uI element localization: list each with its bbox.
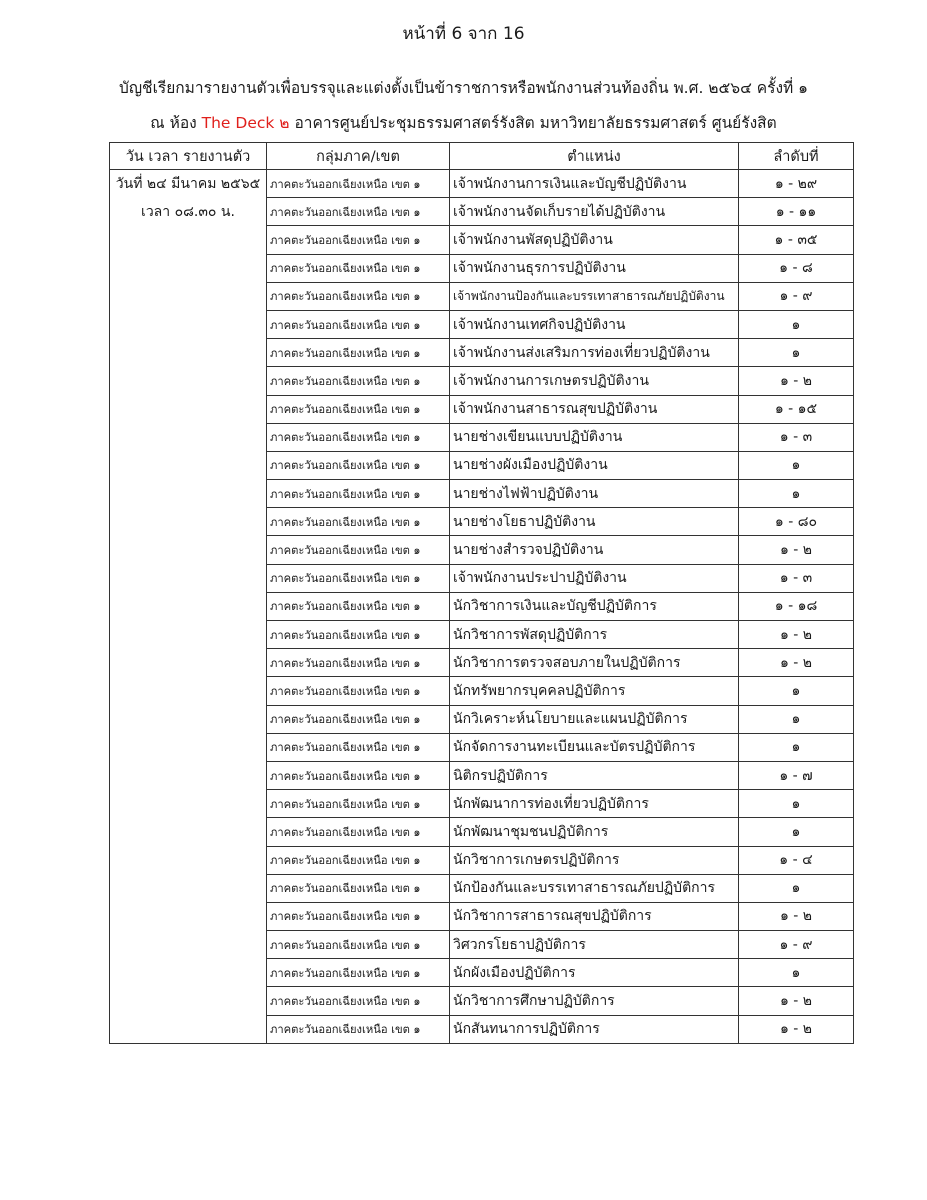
region-cell: ภาคตะวันออกเฉียงเหนือ เขต ๑ [267,931,450,959]
rank-cell: ๑ [739,874,854,902]
position-cell: นายช่างไฟฟ้าปฏิบัติงาน [450,480,739,508]
position-cell: นักทรัพยากรบุคคลปฏิบัติการ [450,677,739,705]
region-cell: ภาคตะวันออกเฉียงเหนือ เขต ๑ [267,254,450,282]
rank-cell: ๑ [739,310,854,338]
position-cell: เจ้าพนักงานการเกษตรปฏิบัติงาน [450,367,739,395]
region-cell: ภาคตะวันออกเฉียงเหนือ เขต ๑ [267,959,450,987]
region-cell: ภาคตะวันออกเฉียงเหนือ เขต ๑ [267,592,450,620]
rank-cell: ๑ - ๒ [739,1015,854,1043]
header-position: ตำแหน่ง [450,143,739,170]
region-cell: ภาคตะวันออกเฉียงเหนือ เขต ๑ [267,761,450,789]
position-cell: นักวิชาการเงินและบัญชีปฏิบัติการ [450,592,739,620]
position-cell: นักวิชาการเกษตรปฏิบัติการ [450,846,739,874]
region-cell: ภาคตะวันออกเฉียงเหนือ เขต ๑ [267,310,450,338]
region-cell: ภาคตะวันออกเฉียงเหนือ เขต ๑ [267,621,450,649]
venue-line: ณ ห้อง The Deck ๒ อาคารศูนย์ประชุมธรรมศา… [0,110,927,135]
position-cell: นักพัฒนาชุมชนปฏิบัติการ [450,818,739,846]
region-cell: ภาคตะวันออกเฉียงเหนือ เขต ๑ [267,902,450,930]
page-indicator: หน้าที่ 6 จาก 16 [0,20,927,47]
rank-cell: ๑ - ๓ [739,423,854,451]
rank-cell: ๑ [739,705,854,733]
position-cell: เจ้าพนักงานเทศกิจปฏิบัติงาน [450,310,739,338]
region-cell: ภาคตะวันออกเฉียงเหนือ เขต ๑ [267,677,450,705]
position-cell: เจ้าพนักงานธุรการปฏิบัติงาน [450,254,739,282]
position-cell: เจ้าพนักงานพัสดุปฏิบัติงาน [450,226,739,254]
region-cell: ภาคตะวันออกเฉียงเหนือ เขต ๑ [267,282,450,310]
report-date: วันที่ ๒๔ มีนาคม ๒๕๖๕ [110,170,266,198]
region-cell: ภาคตะวันออกเฉียงเหนือ เขต ๑ [267,367,450,395]
region-cell: ภาคตะวันออกเฉียงเหนือ เขต ๑ [267,339,450,367]
document-title: บัญชีเรียกมารายงานตัวเพื่อบรรจุและแต่งตั… [0,75,927,100]
rank-cell: ๑ [739,451,854,479]
rank-cell: ๑ - ๘๐ [739,508,854,536]
rank-cell: ๑ - ๒ [739,902,854,930]
rank-cell: ๑ - ๑๘ [739,592,854,620]
region-cell: ภาคตะวันออกเฉียงเหนือ เขต ๑ [267,790,450,818]
position-cell: นักพัฒนาการท่องเที่ยวปฏิบัติการ [450,790,739,818]
position-cell: นักจัดการงานทะเบียนและบัตรปฏิบัติการ [450,733,739,761]
position-cell: นักวิชาการพัสดุปฏิบัติการ [450,621,739,649]
report-time: เวลา ๐๘.๓๐ น. [110,198,266,226]
position-cell: นักสันทนาการปฏิบัติการ [450,1015,739,1043]
position-cell: เจ้าพนักงานส่งเสริมการท่องเที่ยวปฏิบัติง… [450,339,739,367]
rank-cell: ๑ [739,959,854,987]
position-cell: เจ้าพนักงานสาธารณสุขปฏิบัติงาน [450,395,739,423]
position-cell: นักผังเมืองปฏิบัติการ [450,959,739,987]
region-cell: ภาคตะวันออกเฉียงเหนือ เขต ๑ [267,1015,450,1043]
rank-cell: ๑ [739,339,854,367]
rank-cell: ๑ - ๒ [739,649,854,677]
header-region: กลุ่มภาค/เขต [267,143,450,170]
position-cell: นักวิชาการตรวจสอบภายในปฏิบัติการ [450,649,739,677]
position-cell: นักวิชาการสาธารณสุขปฏิบัติการ [450,902,739,930]
region-cell: ภาคตะวันออกเฉียงเหนือ เขต ๑ [267,874,450,902]
schedule-table: วัน เวลา รายงานตัว กลุ่มภาค/เขต ตำแหน่ง … [109,142,854,1044]
position-cell: นายช่างเขียนแบบปฏิบัติงาน [450,423,739,451]
position-cell: นายช่างสำรวจปฏิบัติงาน [450,536,739,564]
rank-cell: ๑ - ๔ [739,846,854,874]
region-cell: ภาคตะวันออกเฉียงเหนือ เขต ๑ [267,564,450,592]
region-cell: ภาคตะวันออกเฉียงเหนือ เขต ๑ [267,198,450,226]
position-cell: เจ้าพนักงานป้องกันและบรรเทาสาธารณภัยปฏิบ… [450,282,739,310]
region-cell: ภาคตะวันออกเฉียงเหนือ เขต ๑ [267,226,450,254]
rank-cell: ๑ - ๒๙ [739,170,854,198]
rank-cell: ๑ - ๙ [739,282,854,310]
region-cell: ภาคตะวันออกเฉียงเหนือ เขต ๑ [267,395,450,423]
region-cell: ภาคตะวันออกเฉียงเหนือ เขต ๑ [267,451,450,479]
table-header-row: วัน เวลา รายงานตัว กลุ่มภาค/เขต ตำแหน่ง … [110,143,854,170]
rank-cell: ๑ [739,790,854,818]
region-cell: ภาคตะวันออกเฉียงเหนือ เขต ๑ [267,536,450,564]
rank-cell: ๑ [739,480,854,508]
position-cell: เจ้าพนักงานจัดเก็บรายได้ปฏิบัติงาน [450,198,739,226]
position-cell: วิศวกรโยธาปฏิบัติการ [450,931,739,959]
position-cell: นายช่างผังเมืองปฏิบัติงาน [450,451,739,479]
region-cell: ภาคตะวันออกเฉียงเหนือ เขต ๑ [267,649,450,677]
region-cell: ภาคตะวันออกเฉียงเหนือ เขต ๑ [267,508,450,536]
region-cell: ภาคตะวันออกเฉียงเหนือ เขต ๑ [267,480,450,508]
region-cell: ภาคตะวันออกเฉียงเหนือ เขต ๑ [267,846,450,874]
position-cell: นักวิชาการศึกษาปฏิบัติการ [450,987,739,1015]
rank-cell: ๑ - ๓ [739,564,854,592]
rank-cell: ๑ - ๘ [739,254,854,282]
position-cell: นายช่างโยธาปฏิบัติงาน [450,508,739,536]
position-cell: นักป้องกันและบรรเทาสาธารณภัยปฏิบัติการ [450,874,739,902]
rank-cell: ๑ - ๙ [739,931,854,959]
venue-prefix: ณ ห้อง [150,114,201,132]
rank-cell: ๑ [739,733,854,761]
rank-cell: ๑ - ๓๕ [739,226,854,254]
rank-cell: ๑ [739,818,854,846]
table-row: วันที่ ๒๔ มีนาคม ๒๕๖๕เวลา ๐๘.๓๐ น.ภาคตะว… [110,170,854,198]
region-cell: ภาคตะวันออกเฉียงเหนือ เขต ๑ [267,705,450,733]
region-cell: ภาคตะวันออกเฉียงเหนือ เขต ๑ [267,733,450,761]
position-cell: นิติกรปฏิบัติการ [450,761,739,789]
rank-cell: ๑ - ๒ [739,987,854,1015]
room-name: The Deck ๒ [202,114,290,132]
region-cell: ภาคตะวันออกเฉียงเหนือ เขต ๑ [267,818,450,846]
position-cell: เจ้าพนักงานประปาปฏิบัติงาน [450,564,739,592]
rank-cell: ๑ - ๒ [739,536,854,564]
region-cell: ภาคตะวันออกเฉียงเหนือ เขต ๑ [267,987,450,1015]
header-date-time: วัน เวลา รายงานตัว [110,143,267,170]
rank-cell: ๑ - ๗ [739,761,854,789]
report-date-time: วันที่ ๒๔ มีนาคม ๒๕๖๕เวลา ๐๘.๓๐ น. [110,170,267,1044]
rank-cell: ๑ - ๑๕ [739,395,854,423]
header-rank: ลำดับที่ [739,143,854,170]
rank-cell: ๑ - ๒ [739,367,854,395]
position-cell: เจ้าพนักงานการเงินและบัญชีปฏิบัติงาน [450,170,739,198]
position-cell: นักวิเคราะห์นโยบายและแผนปฏิบัติการ [450,705,739,733]
venue-suffix: อาคารศูนย์ประชุมธรรมศาสตร์รังสิต มหาวิทย… [290,114,777,132]
rank-cell: ๑ - ๑๑ [739,198,854,226]
rank-cell: ๑ [739,677,854,705]
region-cell: ภาคตะวันออกเฉียงเหนือ เขต ๑ [267,170,450,198]
rank-cell: ๑ - ๒ [739,621,854,649]
region-cell: ภาคตะวันออกเฉียงเหนือ เขต ๑ [267,423,450,451]
